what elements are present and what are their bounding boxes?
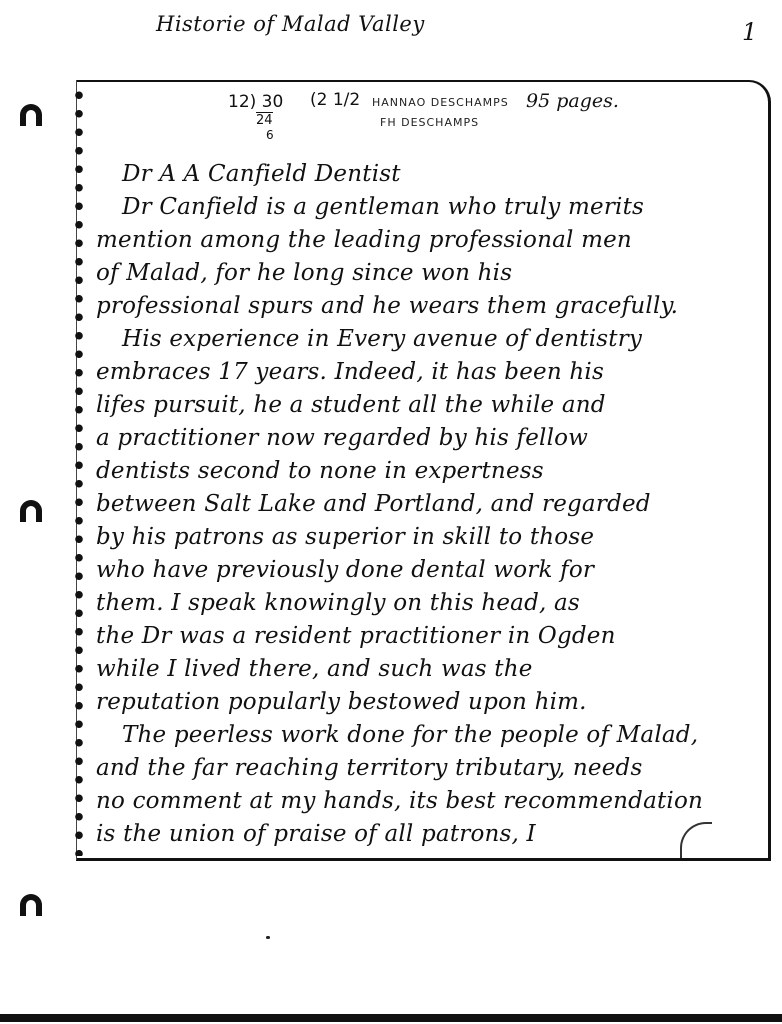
text-line: no comment at my hands, its best recomme… — [96, 785, 736, 818]
text-line: and the far reaching territory tributary… — [96, 752, 736, 785]
section-heading: Dr A A Canfield Dentist — [96, 158, 736, 191]
text-line: lifes pursuit, he a student all the whil… — [96, 389, 736, 422]
punch-hole-icon — [20, 500, 42, 522]
text-line: of Malad, for he long since won his — [96, 257, 736, 290]
scan-bottom-edge — [0, 1014, 782, 1022]
page-number: 1 — [742, 18, 757, 46]
text-line: reputation popularly bestowed upon him. — [96, 686, 736, 719]
text-line: embraces 17 years. Indeed, it has been h… — [96, 356, 736, 389]
text-line: between Salt Lake and Portland, and rega… — [96, 488, 736, 521]
archive-notes: 12) 30 24 6 (2 1/2 HANNAO DESCHAMPS FH D… — [228, 84, 648, 144]
spiral-binding-icon — [74, 86, 84, 856]
scan-speck — [266, 936, 270, 939]
text-line: while I lived there, and such was the — [96, 653, 736, 686]
punch-hole-icon — [20, 104, 42, 126]
text-line: who have previously done dental work for — [96, 554, 736, 587]
punch-hole-icon — [20, 894, 42, 916]
document-header-title: Historie of Malad Valley — [156, 12, 425, 36]
text-line: The peerless work done for the people of… — [96, 719, 736, 752]
text-line: Dr Canfield is a gentleman who truly mer… — [96, 191, 736, 224]
handwritten-body: Dr A A Canfield Dentist Dr Canfield is a… — [96, 158, 736, 851]
names-line-1: HANNAO DESCHAMPS — [372, 96, 509, 109]
text-line: them. I speak knowingly on this head, as — [96, 587, 736, 620]
text-line: dentists second to none in expertness — [96, 455, 736, 488]
text-line: His experience in Every avenue of dentis… — [96, 323, 736, 356]
division-remainder: 6 — [266, 128, 274, 142]
division-top: 12) 30 — [228, 92, 283, 112]
text-line: professional spurs and he wears them gra… — [96, 290, 736, 323]
text-line: the Dr was a resident practitioner in Og… — [96, 620, 736, 653]
text-line: a practitioner now regarded by his fello… — [96, 422, 736, 455]
text-line: is the union of praise of all patrons, I — [96, 818, 736, 851]
text-line: mention among the leading professional m… — [96, 224, 736, 257]
page-count-note: 95 pages. — [526, 90, 619, 112]
names-line-2: FH DESCHAMPS — [380, 116, 479, 129]
division-bottom: 24 — [256, 112, 273, 128]
text-line: by his patrons as superior in skill to t… — [96, 521, 736, 554]
archive-code: (2 1/2 — [310, 90, 360, 110]
